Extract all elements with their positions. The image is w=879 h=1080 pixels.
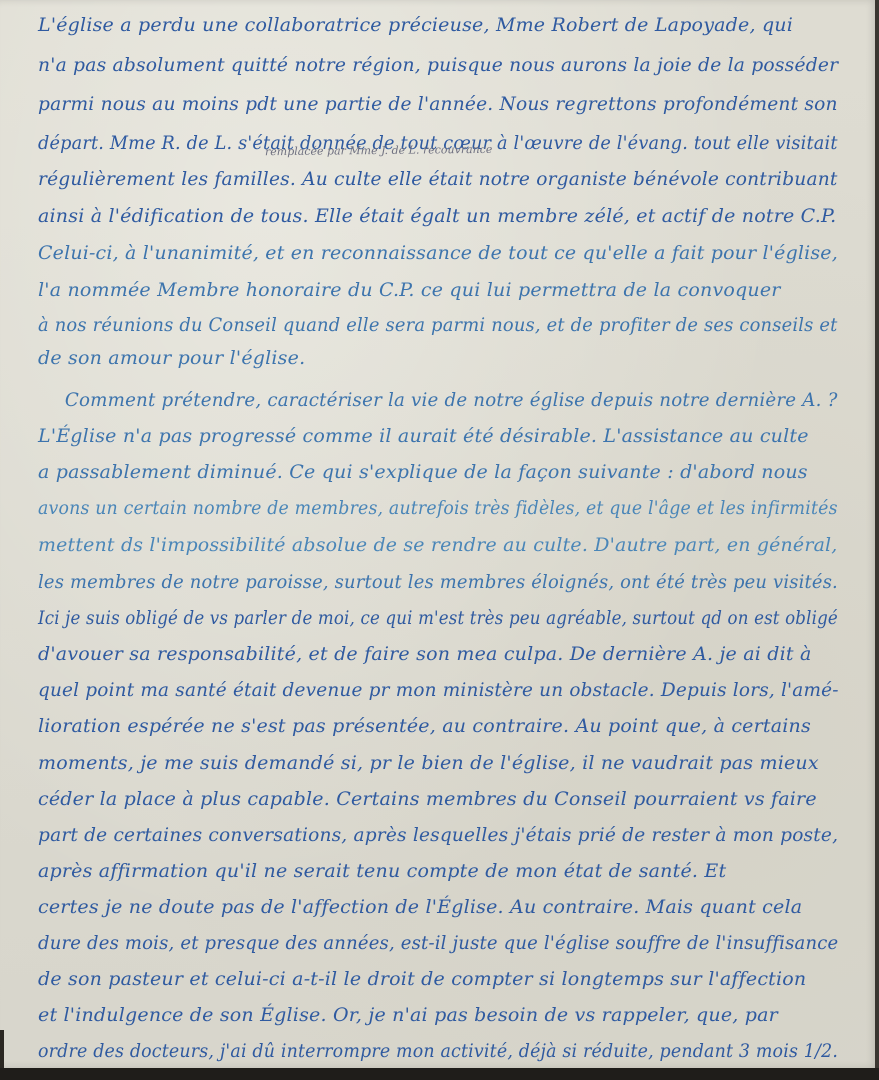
text-line: parmi nous au moins pdt une partie de l'…: [38, 93, 838, 115]
text-line: après affirmation qu'il ne serait tenu c…: [38, 860, 726, 882]
text-line: de son pasteur et celui-ci a-t-il le dro…: [38, 968, 806, 990]
text-line: avons un certain nombre de membres, autr…: [38, 497, 838, 519]
scan-background-strip: [0, 1068, 879, 1080]
text-line: d'avouer sa responsabilité, et de faire …: [38, 643, 812, 665]
text-line: et l'indulgence de son Église. Or, je n'…: [38, 1004, 778, 1026]
text-line: ainsi à l'édification de tous. Elle étai…: [38, 205, 836, 227]
text-line: à nos réunions du Conseil quand elle ser…: [38, 314, 838, 336]
text-line: Ici je suis obligé de vs parler de moi, …: [38, 607, 838, 629]
text-line: certes je ne doute pas de l'affection de…: [38, 896, 802, 918]
text-line: ordre des docteurs, j'ai dû interrompre …: [38, 1040, 838, 1062]
text-line: régulièrement les familles. Au culte ell…: [38, 168, 838, 190]
text-line: n'a pas absolument quitté notre région, …: [38, 54, 838, 76]
text-line: a passablement diminué. Ce qui s'expliqu…: [38, 461, 808, 483]
text-line: quel point ma santé était devenue pr mon…: [38, 679, 839, 701]
text-line: lioration espérée ne s'est pas présentée…: [38, 715, 811, 737]
text-line: les membres de notre paroisse, surtout l…: [38, 571, 838, 593]
page-edge: [875, 0, 879, 1068]
text-line: part de certaines conversations, après l…: [38, 824, 838, 846]
text-line: dure des mois, et presque des années, es…: [38, 932, 838, 954]
text-line: l'a nommée Membre honoraire du C.P. ce q…: [38, 279, 781, 301]
page-shadow-corner: [0, 1030, 4, 1068]
text-line: moments, je me suis demandé si, pr le bi…: [38, 752, 819, 774]
text-line: mettent ds l'impossibilité absolue de se…: [38, 534, 838, 556]
text-line: Celui-ci, à l'unanimité, et en reconnais…: [38, 242, 838, 264]
paragraph-start-line: Comment prétendre, caractériser la vie d…: [38, 389, 838, 411]
interlinear-pencil-note: remplacée par Mme J. de L. recouvrance: [265, 143, 492, 158]
text-line: L'Église n'a pas progressé comme il aura…: [38, 425, 809, 447]
letter-page: L'église a perdu une collaboratrice préc…: [0, 0, 879, 1068]
text-line: céder la place à plus capable. Certains …: [38, 788, 817, 810]
text-line: L'église a perdu une collaboratrice préc…: [38, 14, 793, 36]
text-line: de son amour pour l'église.: [38, 347, 305, 369]
